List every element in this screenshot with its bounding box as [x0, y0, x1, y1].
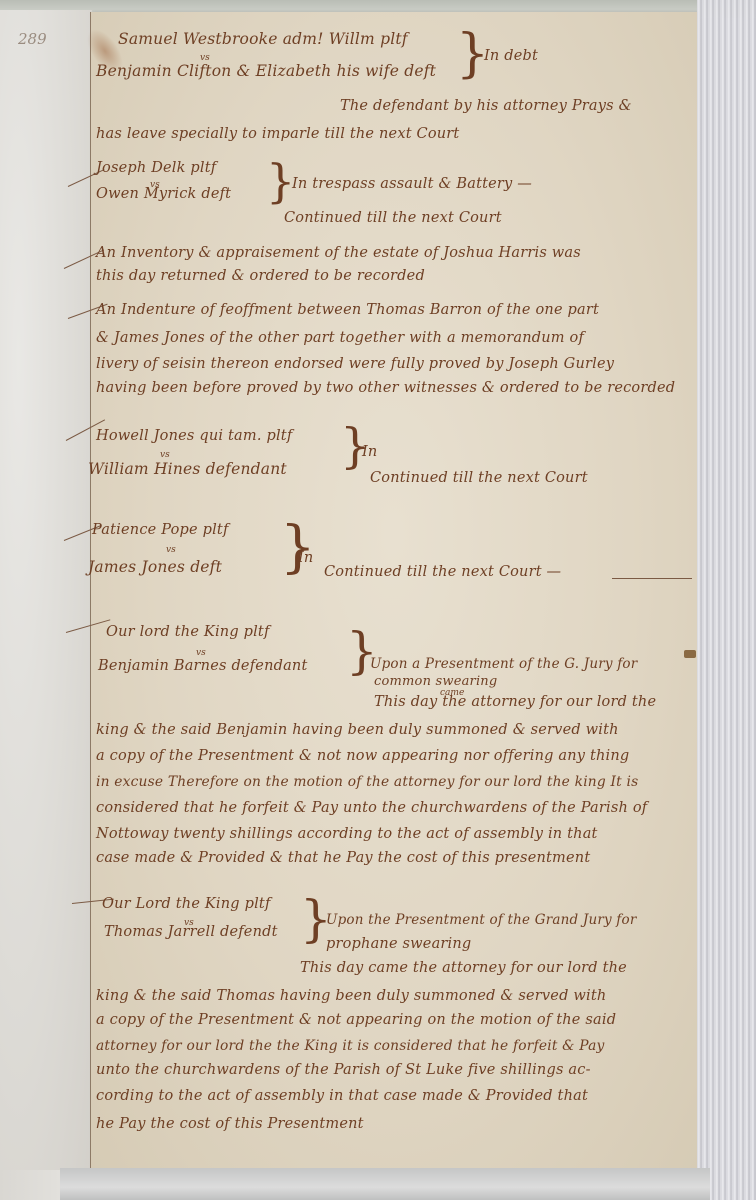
plaintiff: Our Lord the King pltf — [102, 896, 271, 912]
body-line: The defendant by his attorney Prays & — [340, 98, 632, 114]
body-line: This day the attorney for our lord the — [374, 694, 656, 710]
body-line: Nottoway twenty shillings according to t… — [96, 826, 598, 842]
plaintiff: Our lord the King pltf — [106, 624, 270, 640]
body-line: An Inventory & appraisement of the estat… — [96, 245, 581, 261]
defendant: Benjamin Barnes defendant — [98, 658, 308, 674]
action: Upon the Presentment of the Grand Jury f… — [326, 912, 636, 928]
body-line: attorney for our lord the the King it is… — [96, 1038, 605, 1054]
margin-rule — [90, 12, 91, 1172]
body-line: Continued till the next Court — — [324, 564, 561, 580]
body-line: This day came the attorney for our lord … — [300, 960, 627, 976]
line-filler-dash — [612, 578, 692, 579]
plaintiff: Howell Jones qui tam. pltf — [96, 428, 292, 444]
page-tab-mark — [684, 650, 696, 658]
versus-mark: vs — [166, 545, 176, 555]
defendant: Owen Myrick deft — [96, 186, 231, 202]
body-line: case made & Provided & that he Pay the c… — [96, 850, 590, 866]
page-number: 289 — [18, 30, 47, 48]
defendant: Benjamin Clifton & Elizabeth his wife de… — [96, 62, 436, 80]
body-line: a copy of the Presentment & not now appe… — [96, 748, 629, 764]
body-line: unto the churchwardens of the Parish of … — [96, 1062, 591, 1078]
body-line: considered that he forfeit & Pay unto th… — [96, 800, 647, 816]
body-line: in excuse Therefore on the motion of the… — [96, 774, 638, 790]
defendant: Thomas Jarrell defendt — [104, 924, 278, 940]
body-line: this day returned & ordered to be record… — [96, 268, 425, 284]
body-line: An Indenture of feoffment between Thomas… — [96, 302, 599, 318]
body-line: Continued till the next Court — [284, 210, 502, 226]
action-continued: prophane swearing — [326, 936, 471, 952]
versus-mark: vs — [160, 450, 170, 460]
action: In debt — [484, 48, 538, 64]
body-line: & James Jones of the other part together… — [96, 330, 584, 346]
plaintiff: Joseph Delk pltf — [96, 160, 216, 176]
brace-icon: } — [280, 520, 316, 576]
facing-page — [0, 10, 92, 1170]
defendant: James Jones deft — [88, 558, 222, 576]
body-line: a copy of the Presentment & not appearin… — [96, 1012, 616, 1028]
body-line: cording to the act of assembly in that c… — [96, 1088, 588, 1104]
body-line: has leave specially to imparle till the … — [96, 126, 459, 142]
action: In — [362, 444, 377, 460]
page-stack-edges — [697, 0, 756, 1200]
body-line: he Pay the cost of this Presentment — [96, 1116, 364, 1132]
body-line: king & the said Thomas having been duly … — [96, 988, 606, 1004]
defendant: William Hines defendant — [88, 460, 287, 478]
versus-mark: vs — [196, 648, 206, 658]
action: In — [298, 550, 313, 566]
body-line: livery of seisin thereon endorsed were f… — [96, 356, 614, 372]
plaintiff: Samuel Westbrooke adm! Willm pltf — [118, 30, 408, 48]
body-line: having been before proved by two other w… — [96, 380, 675, 396]
brace-icon: } — [266, 158, 295, 204]
body-line: king & the said Benjamin having been dul… — [96, 722, 619, 738]
action: Upon a Presentment of the G. Jury for — [370, 656, 637, 672]
action-continued: common swearing — [374, 674, 497, 689]
action: In trespass assault & Battery — — [292, 176, 532, 192]
body-line: Continued till the next Court — [370, 470, 588, 486]
page-bottom-edge — [60, 1168, 710, 1200]
plaintiff: Patience Pope pltf — [92, 522, 229, 538]
